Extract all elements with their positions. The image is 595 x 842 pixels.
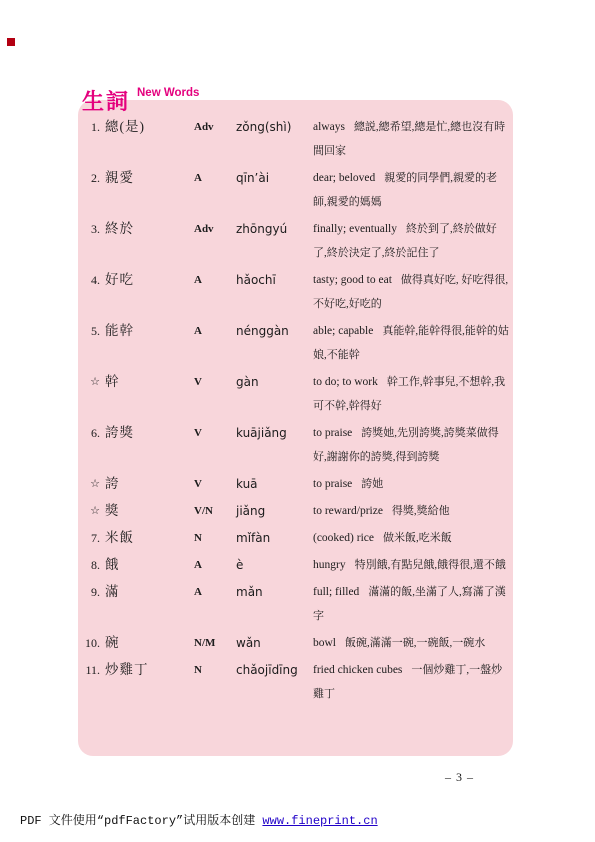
entry-word: 能幹 (105, 319, 194, 343)
entry-number: ☆ (78, 499, 100, 523)
entry-part-of-speech: V/N (194, 499, 236, 523)
entry-word: 炒雞丁 (105, 658, 194, 682)
entry-pinyin: hǎochī (236, 268, 313, 292)
entry-definition: to reward/prize (313, 505, 383, 517)
vocab-row: 2. 親愛 A qīn’ài dear; beloved親愛的同學們,親愛的老師… (78, 166, 513, 214)
entry-pinyin: wǎn (236, 631, 313, 655)
entry-definition: hungry (313, 559, 346, 571)
vocab-row: 11. 炒雞丁 N chǎojīdīng fried chicken cubes… (78, 658, 513, 706)
entry-pinyin: kuā (236, 472, 313, 496)
entry-part-of-speech: A (194, 553, 236, 577)
vocab-row: ☆ 幹 V gàn to do; to work幹工作,幹事兒,不想幹,我可不幹… (78, 370, 513, 418)
entry-definition-cell: (cooked) rice做米飯,吃米飯 (313, 526, 510, 550)
page-number: – 3 – (445, 770, 474, 785)
entry-definition-cell: to praise誇她 (313, 472, 510, 496)
entry-definition: to do; to work (313, 376, 378, 388)
vocab-row: ☆ 誇 V kuā to praise誇她 (78, 472, 513, 496)
entry-examples: 誇她 (361, 478, 383, 490)
entry-definition: dear; beloved (313, 172, 375, 184)
entry-word: 誇獎 (105, 421, 194, 445)
entry-definition: to praise (313, 427, 352, 439)
entry-examples: 特別餓,有點兒餓,餓得很,還不餓 (355, 559, 506, 571)
vocabulary-panel: 1. 總(是) Adv zǒng(shì) always總説,總希望,總是忙,總… (78, 100, 513, 756)
entry-number: 2. (78, 166, 100, 190)
vocab-row: 7. 米飯 N mǐfàn (cooked) rice做米飯,吃米飯 (78, 526, 513, 550)
entry-definition-cell: dear; beloved親愛的同學們,親愛的老師,親愛的媽媽 (313, 166, 510, 214)
entry-pinyin: zhōngyú (236, 217, 313, 241)
entry-word: 獎 (105, 499, 194, 523)
entry-definition-cell: to do; to work幹工作,幹事兒,不想幹,我可不幹,幹得好 (313, 370, 510, 418)
entry-word: 好吃 (105, 268, 194, 292)
vocab-row: 6. 誇獎 V kuājiǎng to praise誇獎她,先別誇獎,誇獎菜做得… (78, 421, 513, 469)
entry-pinyin: mǎn (236, 580, 313, 604)
entry-definition: tasty; good to eat (313, 274, 392, 286)
section-title-english: New Words (137, 87, 199, 99)
vocab-row: 1. 總(是) Adv zǒng(shì) always總説,總希望,總是忙,總… (78, 115, 513, 163)
entry-part-of-speech: Adv (194, 115, 236, 139)
red-registration-mark (7, 38, 15, 46)
entry-part-of-speech: A (194, 319, 236, 343)
entry-pinyin: è (236, 553, 313, 577)
vocab-row: 9. 滿 A mǎn full; filled滿滿的飯,坐滿了人,寫滿了漢字 (78, 580, 513, 628)
document-page: 生詞 New Words 1. 總(是) Adv zǒng(shì) alway… (0, 0, 595, 842)
entry-part-of-speech: V (194, 472, 236, 496)
entry-word: 滿 (105, 580, 194, 604)
entry-pinyin: qīn’ài (236, 166, 313, 190)
vocab-row: 8. 餓 A è hungry特別餓,有點兒餓,餓得很,還不餓 (78, 553, 513, 577)
entry-pinyin: zǒng(shì) (236, 115, 313, 139)
vocab-row: 3. 終於 Adv zhōngyú finally; eventually終於到… (78, 217, 513, 265)
entry-definition: full; filled (313, 586, 359, 598)
entry-definition: (cooked) rice (313, 532, 374, 544)
entry-part-of-speech: A (194, 166, 236, 190)
entry-definition-cell: finally; eventually終於到了,終於做好了,終於決定了,終於記住… (313, 217, 510, 265)
entry-word: 終於 (105, 217, 194, 241)
entry-number: 10. (78, 631, 100, 655)
entry-part-of-speech: V (194, 370, 236, 394)
vocab-row: 4. 好吃 A hǎochī tasty; good to eat做得真好吃, … (78, 268, 513, 316)
pdf-trial-footer: PDF 文件使用“pdfFactory”试用版本创建 www.fineprint… (20, 811, 378, 828)
entry-pinyin: gàn (236, 370, 313, 394)
footer-text: PDF 文件使用“pdfFactory”试用版本创建 (20, 814, 262, 828)
entry-number: 11. (78, 658, 100, 682)
fineprint-link[interactable]: www.fineprint.cn (262, 814, 377, 828)
vocab-row: 5. 能幹 A nénggàn able; capable真能幹,能幹得很,能幹… (78, 319, 513, 367)
entry-word: 碗 (105, 631, 194, 655)
entry-pinyin: kuājiǎng (236, 421, 313, 445)
entry-definition-cell: to praise誇獎她,先別誇獎,誇獎菜做得好,謝謝你的誇獎,得到誇獎 (313, 421, 510, 469)
entry-definition-cell: tasty; good to eat做得真好吃, 好吃得很,不好吃,好吃的 (313, 268, 510, 316)
entry-pinyin: chǎojīdīng (236, 658, 313, 682)
entry-definition: to praise (313, 478, 352, 490)
entry-word: 米飯 (105, 526, 194, 550)
entry-definition: bowl (313, 637, 336, 649)
entry-examples: 飯碗,滿滿一碗,一碗飯,一碗水 (345, 637, 485, 649)
entry-definition-cell: hungry特別餓,有點兒餓,餓得很,還不餓 (313, 553, 510, 577)
entry-number: 8. (78, 553, 100, 577)
section-title-chinese: 生詞 (82, 85, 130, 116)
entry-number: ☆ (78, 370, 100, 394)
entry-definition-cell: always總説,總希望,總是忙,總也沒有時間回家 (313, 115, 510, 163)
entry-number: 5. (78, 319, 100, 343)
entry-examples: 得獎,獎給他 (392, 505, 450, 517)
entry-definition: able; capable (313, 325, 373, 337)
entry-part-of-speech: N/M (194, 631, 236, 655)
entry-definition: fried chicken cubes (313, 664, 402, 676)
entry-part-of-speech: V (194, 421, 236, 445)
entry-number: 7. (78, 526, 100, 550)
vocab-row: ☆ 獎 V/N jiǎng to reward/prize得獎,獎給他 (78, 499, 513, 523)
entry-pinyin: nénggàn (236, 319, 313, 343)
entry-pinyin: mǐfàn (236, 526, 313, 550)
entry-pinyin: jiǎng (236, 499, 313, 523)
entry-word: 幹 (105, 370, 194, 394)
entry-word: 餓 (105, 553, 194, 577)
entry-definition-cell: able; capable真能幹,能幹得很,能幹的姑娘,不能幹 (313, 319, 510, 367)
vocabulary-list: 1. 總(是) Adv zǒng(shì) always總説,總希望,總是忙,總… (78, 100, 513, 709)
entry-definition: finally; eventually (313, 223, 397, 235)
entry-definition-cell: full; filled滿滿的飯,坐滿了人,寫滿了漢字 (313, 580, 510, 628)
entry-number: 1. (78, 115, 100, 139)
entry-definition-cell: fried chicken cubes一個炒雞丁,一盤炒雞丁 (313, 658, 510, 706)
entry-definition-cell: to reward/prize得獎,獎給他 (313, 499, 510, 523)
entry-part-of-speech: N (194, 526, 236, 550)
entry-number: 3. (78, 217, 100, 241)
entry-number: 9. (78, 580, 100, 604)
entry-number: ☆ (78, 472, 100, 496)
entry-number: 6. (78, 421, 100, 445)
entry-part-of-speech: N (194, 658, 236, 682)
entry-number: 4. (78, 268, 100, 292)
entry-part-of-speech: A (194, 580, 236, 604)
entry-part-of-speech: Adv (194, 217, 236, 241)
entry-word: 誇 (105, 472, 194, 496)
entry-word: 總(是) (105, 115, 194, 139)
vocab-row: 10. 碗 N/M wǎn bowl飯碗,滿滿一碗,一碗飯,一碗水 (78, 631, 513, 655)
entry-examples: 做米飯,吃米飯 (383, 532, 452, 544)
entry-definition-cell: bowl飯碗,滿滿一碗,一碗飯,一碗水 (313, 631, 510, 655)
entry-word: 親愛 (105, 166, 194, 190)
entry-definition: always (313, 121, 345, 133)
entry-part-of-speech: A (194, 268, 236, 292)
